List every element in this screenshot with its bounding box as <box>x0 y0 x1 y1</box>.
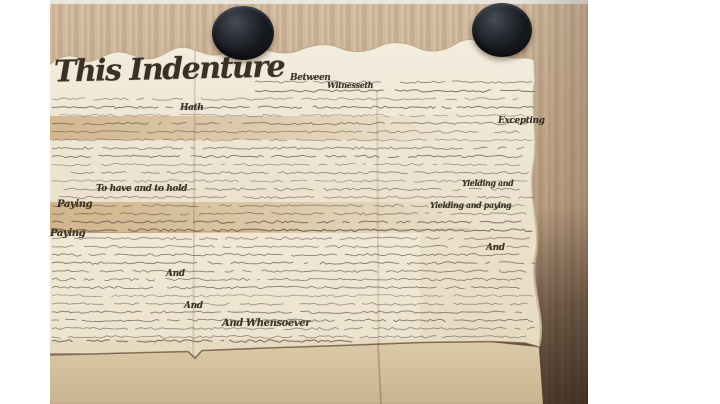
video-frame: This Indenture BetweenWitnessethHathExce… <box>0 0 720 404</box>
letterbox-right <box>588 0 720 404</box>
phrase-witnesseth: Witnesseth <box>327 80 373 90</box>
photo: This Indenture BetweenWitnessethHathExce… <box>50 0 588 404</box>
phrase-and-whensoever: And Whensoever <box>222 318 310 329</box>
fold-discoloration-band-upper <box>50 116 458 140</box>
phrase-yielding-and: Yielding and <box>462 178 513 188</box>
phrase-between: Between <box>290 73 330 83</box>
phrase-yielding-and-paying: Yielding and paying <box>430 200 511 210</box>
phrase-paying-1: Paying <box>57 199 92 210</box>
letterbox-left <box>0 0 50 404</box>
phrase-and-2: And <box>166 269 185 279</box>
paperweight-left <box>212 6 274 60</box>
fold-discoloration-band-lower <box>50 202 478 233</box>
phrase-and-1: And <box>486 243 505 253</box>
phrase-excepting: Excepting <box>498 116 545 126</box>
paperweight-right <box>472 3 532 57</box>
phrase-hath: Hath <box>180 103 203 113</box>
phrase-paying-2: Paying <box>50 228 85 239</box>
phrase-and-3: And <box>184 301 203 311</box>
phrase-to-have-and-to-hold: To have and to hold <box>96 184 187 194</box>
